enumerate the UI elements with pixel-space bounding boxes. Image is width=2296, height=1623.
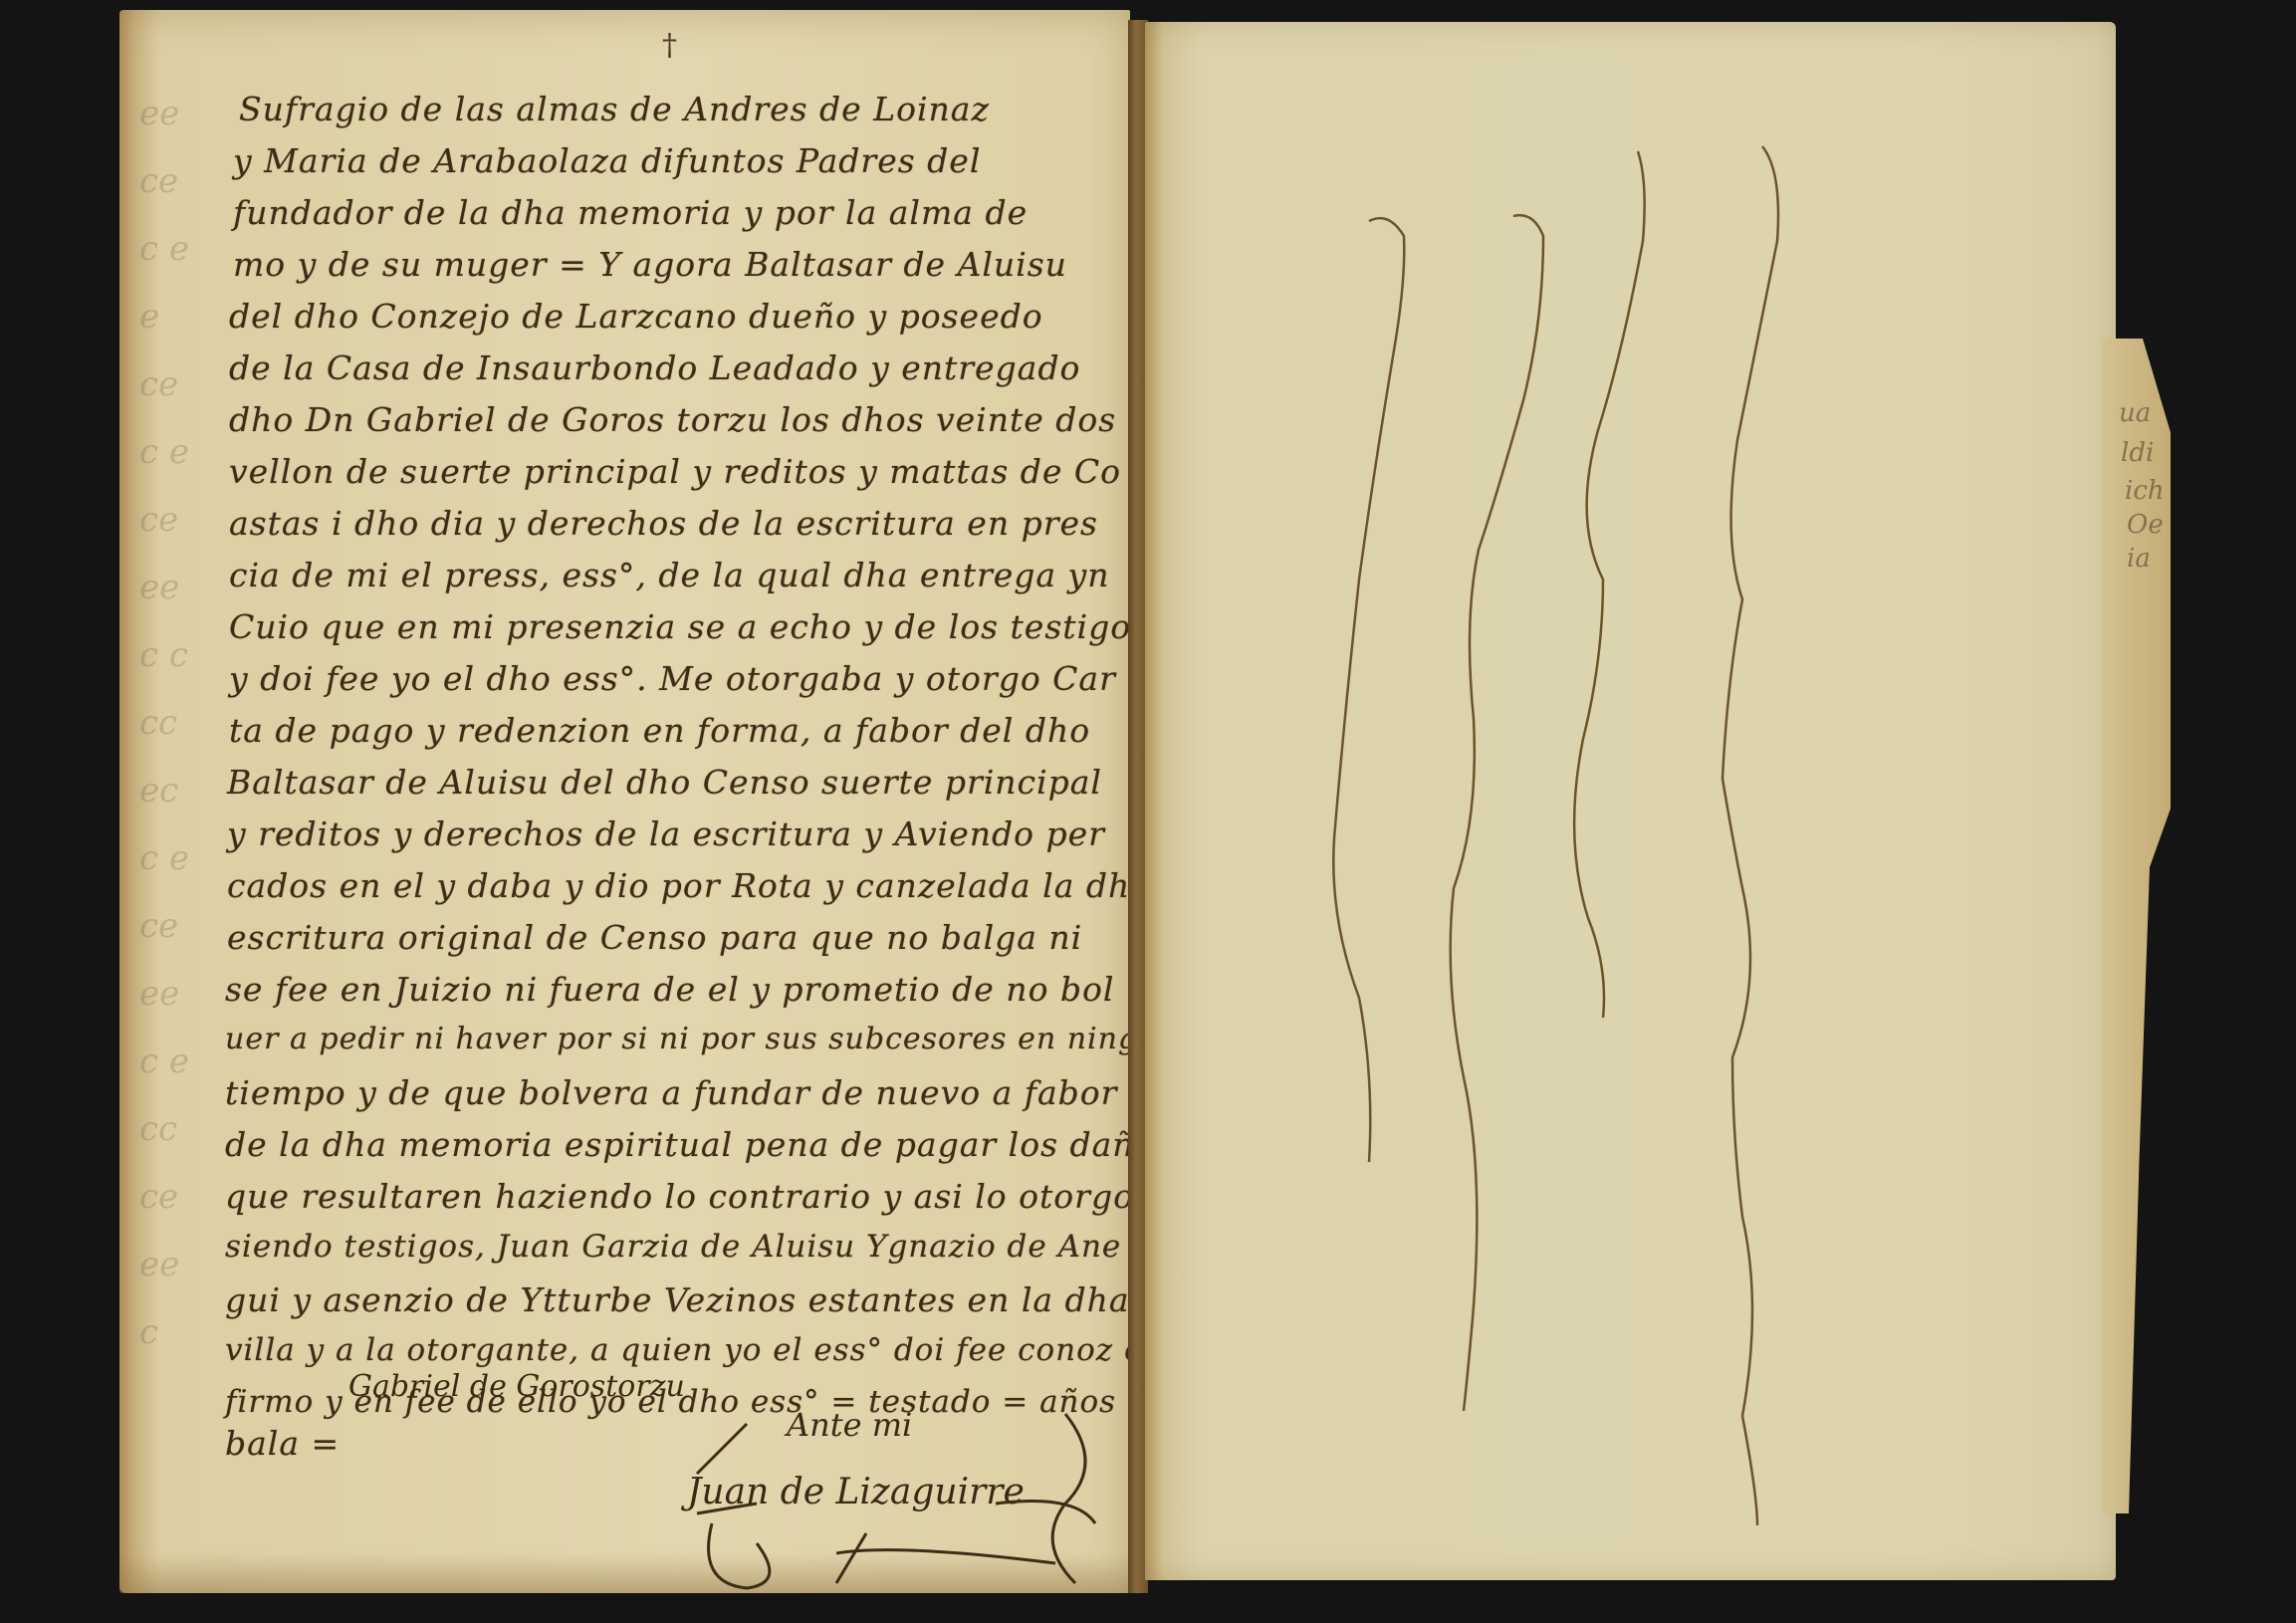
- text-line: tiempo y de que bolvera a fundar de nuev…: [225, 1073, 1117, 1112]
- text-line: escritura original de Censo para que no …: [227, 918, 1082, 957]
- signature-rubric-flourish: [637, 1384, 1135, 1603]
- fragment-text: Oe: [2127, 510, 2164, 540]
- text-line: que resultaren haziendo lo contrario y a…: [225, 1177, 1134, 1216]
- text-line: mo y de su muger = Y agora Baltasar de A…: [233, 245, 1067, 284]
- text-line: uer a pedir ni haver por si ni por sus s…: [225, 1022, 1179, 1056]
- fragment-text: ia: [2127, 544, 2151, 574]
- text-line: y reditos y derechos de la escritura y A…: [227, 814, 1105, 853]
- fragment-text: ua: [2119, 398, 2151, 428]
- text-line: ta de pago y redenzion en forma, a fabor…: [229, 711, 1090, 750]
- text-line: gui y asenzio de Ytturbe Vezinos estante…: [225, 1280, 1130, 1319]
- text-line: dho Dn Gabriel de Goros torzu los dhos v…: [229, 400, 1116, 439]
- text-line: vellon de suerte principal y reditos y m…: [229, 452, 1121, 491]
- text-line: y doi fee yo el dho ess°. Me otorgaba y …: [229, 659, 1116, 698]
- text-line: Baltasar de Aluisu del dho Censo suerte …: [227, 763, 1102, 802]
- manuscript-book: eecec eecec eceeec cccecc eceeec eccceee…: [0, 0, 2296, 1623]
- text-line: Sufragio de las almas de Andres de Loina…: [239, 90, 990, 128]
- text-line: del dho Conzejo de Larzcano dueño y pose…: [229, 297, 1043, 336]
- text-line: cia de mi el press, ess°, de la qual dha…: [229, 556, 1109, 594]
- text-line: bala =: [225, 1424, 340, 1463]
- text-line: astas i dho dia y derechos de la escritu…: [229, 504, 1098, 543]
- text-line: siendo testigos, Juan Garzia de Aluisu Y…: [225, 1229, 1121, 1265]
- cancellation-wavy-lines: [1145, 22, 2116, 1580]
- text-line: villa y a la otorgante, a quien yo el es…: [225, 1332, 1162, 1368]
- text-line: y Maria de Arabaolaza difuntos Padres de…: [233, 141, 981, 180]
- fragment-text: ich: [2125, 476, 2165, 506]
- text-line: Cuio que en mi presenzia se a echo y de …: [229, 607, 1149, 646]
- text-line: se fee en Juizio ni fuera de el y promet…: [225, 970, 1114, 1009]
- fragment-text: ldi: [2121, 438, 2154, 468]
- text-line: cados en el y daba y dio por Rota y canz…: [227, 866, 1151, 905]
- text-line: de la Casa de Insaurbondo Leadado y entr…: [229, 348, 1080, 387]
- text-line: de la dha memoria espiritual pena de pag…: [225, 1125, 1173, 1164]
- text-line: fundador de la dha memoria y por la alma…: [233, 193, 1028, 232]
- grantor-signature: Gabriel de Gorostorzu: [348, 1369, 685, 1404]
- header-cross-mark: †: [662, 28, 677, 63]
